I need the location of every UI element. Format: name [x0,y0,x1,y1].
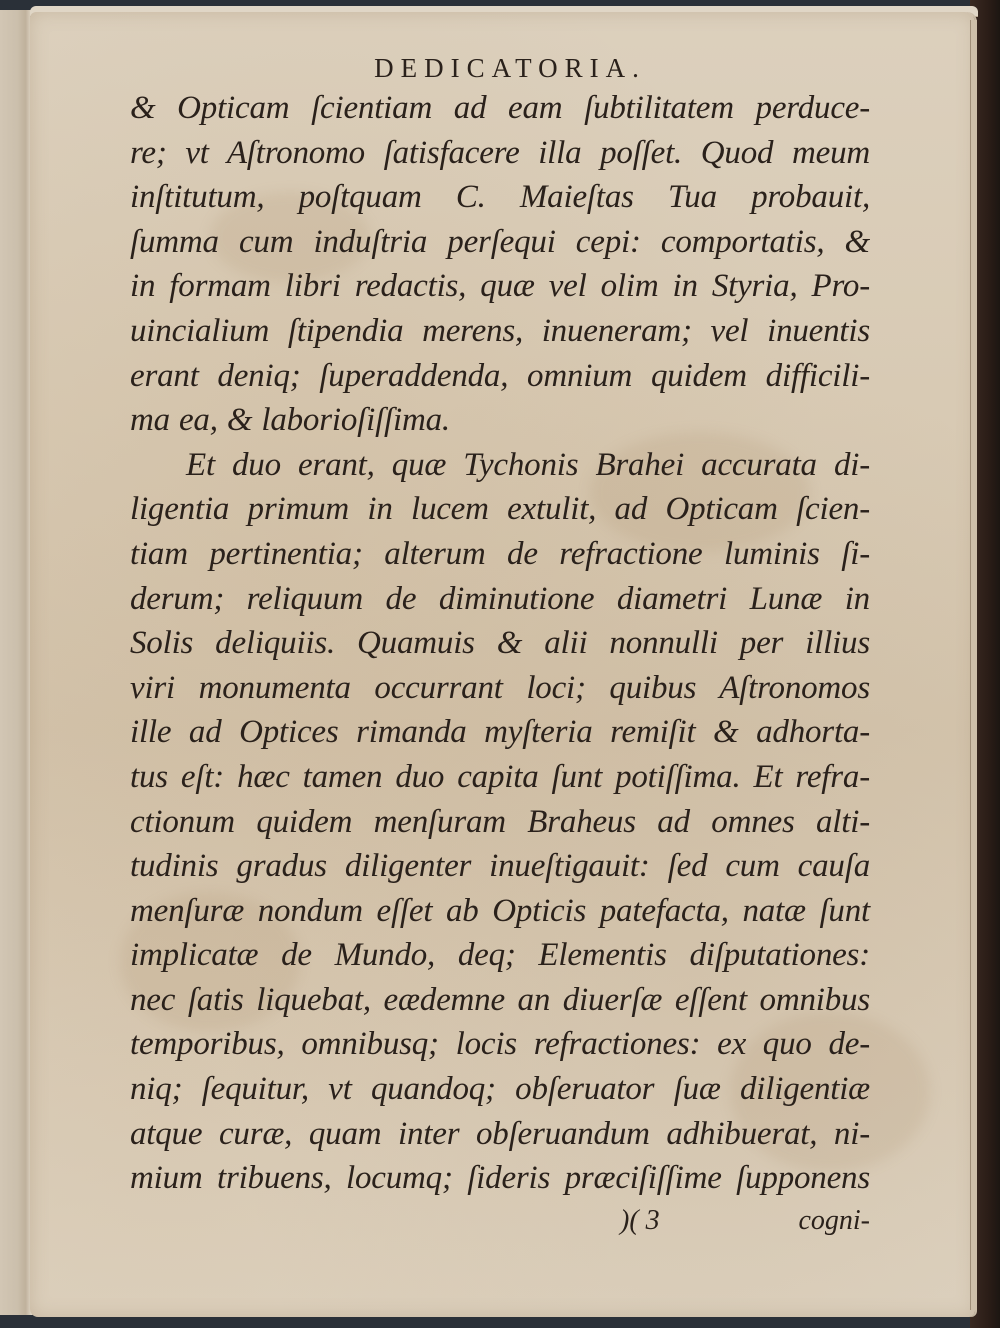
text-line: temporibus, omnibusq; locis refractiones… [130,1022,870,1067]
text-line: uincialium ſtipendia merens, inueneram; … [130,309,870,354]
page-gutter [0,10,33,1315]
text-line: Solis deliquiis. Quamuis & alii nonnulli… [130,621,870,666]
signature-mark: )( 3 [620,1201,660,1241]
text-line: & Opticam ſcientiam ad eam ſubtilitatem … [130,86,870,131]
text-line: in formam libri redactis, quæ vel olim i… [130,264,870,309]
text-line: ſumma cum induſtria perſequi cepi: compo… [130,220,870,265]
text-line: ligentia primum in lucem extulit, ad Opt… [130,487,870,532]
text-line: re; vt Aſtronomo ſatisfacere illa poſſet… [130,131,870,176]
text-line: inſtitutum, poſtquam C. Maieſtas Tua pro… [130,175,870,220]
paragraph-2: Et duo erant, quæ Tychonis Brahei accura… [130,443,870,1201]
text-line: ille ad Optices rimanda myſteria remiſit… [130,710,870,755]
text-line: viri monumenta occurrant loci; quibus Aſ… [130,666,870,711]
text-line: tudinis gradus diligenter inueſtigauit: … [130,844,870,889]
text-line: menſuræ nondum eſſet ab Opticis patefact… [130,889,870,934]
text-line: mium tribuens, locumq; ſideris præciſiſſ… [130,1156,870,1201]
text-line: Et duo erant, quæ Tychonis Brahei accura… [130,443,870,488]
text-line: ma ea, & laborioſiſſima. [130,398,870,443]
page-footer: )( 3 cogni- [130,1201,870,1241]
catchword: cogni- [798,1201,870,1241]
text-line: niq; ſequitur, vt quandoq; obſeruator ſu… [130,1067,870,1112]
text-line: nec ſatis liquebat, eædemne an diuerſæ e… [130,978,870,1023]
page-text: DEDICATORIA. & Opticam ſcientiam ad eam … [130,50,870,1241]
text-line: implicatæ de Mundo, deq; Elementis diſpu… [130,933,870,978]
text-line: derum; reliquum de diminutione diametri … [130,577,870,622]
book-scan: DEDICATORIA. & Opticam ſcientiam ad eam … [0,0,1000,1328]
text-line: erant deniq; ſuperaddenda, omnium quidem… [130,354,870,399]
text-line: ctionum quidem menſuram Braheus ad omnes… [130,800,870,845]
text-line: tus eſt: hæc tamen duo capita ſunt potiſ… [130,755,870,800]
leaf-right-edge [970,20,977,1310]
paragraph-1: & Opticam ſcientiam ad eam ſubtilitatem … [130,86,870,443]
running-head: DEDICATORIA. [130,50,870,86]
text-line: tiam pertinentia; alterum de refractione… [130,532,870,577]
text-line: atque curæ, quam inter obſeruandum adhib… [130,1112,870,1157]
